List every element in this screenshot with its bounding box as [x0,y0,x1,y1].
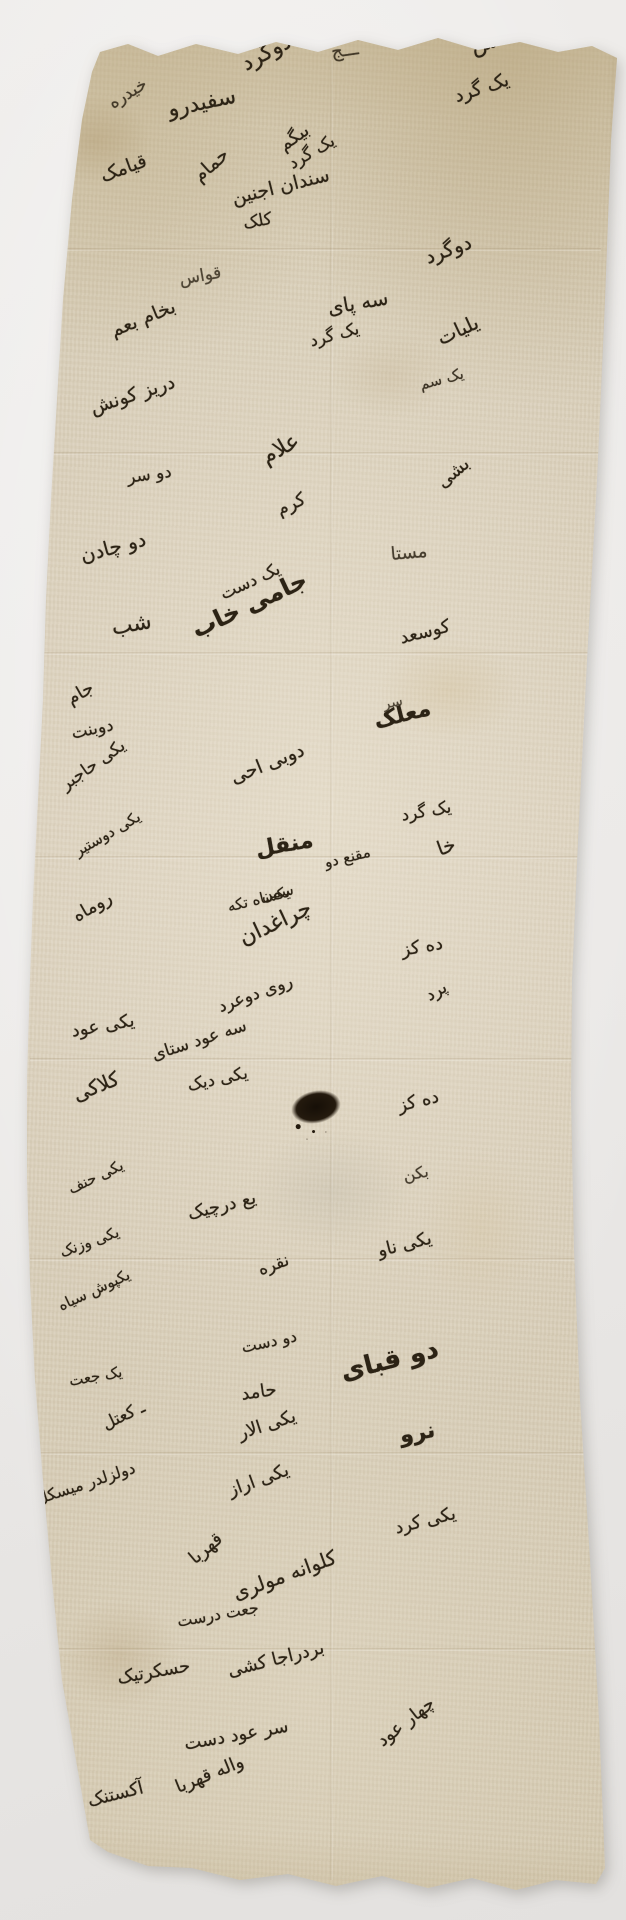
ink-mark: دوگرد [422,232,474,267]
ink-mark: دو دست [240,1328,298,1355]
ink-mark: بخام بعم [108,297,178,340]
ink-mark: دوبنت [70,717,115,742]
ink-mark: یک سم [418,366,465,392]
ink-mark: یکی اراز [226,1461,291,1499]
ink-mark: یکی دیک [186,1065,249,1094]
ink-mark: دو قبای [338,1336,441,1385]
ink-mark: یکپوش سیاه [56,1267,132,1313]
ink-mark: دولزلدر میسکل [34,1460,137,1507]
ink-mark: دوگرد [238,31,295,75]
ink-mark: سه پای [326,287,390,317]
manuscript-paper: ڡوـــجسدوگردیک گردسفیدروخیدرهبیگمیک گردق… [0,0,626,1920]
ink-mark: سفیدرو [166,86,238,122]
ink-mark: یکی کرد [393,1505,458,1538]
ink-mark: جام [64,679,97,708]
ink-mark: ـــج [330,40,360,62]
ink-mark: یکی وزنک [58,1225,121,1260]
ink-mark: کوسعد [398,618,452,648]
ink-mark: خیدره [106,76,150,113]
ink-mark: قیامک [98,152,149,186]
ink-mark: یک گرد [308,321,361,350]
ink-mark: کلک [242,211,273,233]
ink-mark: خا [434,834,458,859]
ink-mark: ده کز [400,935,444,960]
ink-mark: جعت درست [176,1600,260,1630]
ink-mark: یکی الار [236,1408,298,1444]
ink-mark: یکی عود [70,1012,136,1041]
ink-layer: ڡوـــجسدوگردیک گردسفیدروخیدرهبیگمیک گردق… [0,0,626,1920]
ink-mark: ده کز [396,1088,441,1116]
ink-mark: یک گرد [452,71,511,106]
ink-mark: روماه [70,889,115,926]
ink-mark: دریز کونش [88,373,177,418]
ink-mark: منقل [254,830,315,862]
ink-mark: چهار عود [374,1695,438,1751]
ink-mark: معلک [372,698,433,733]
ink-mark: سه عود ستای [150,1018,249,1065]
ink-mark: کرم [274,490,308,519]
ink-mark: روی دوعرد [216,973,295,1016]
ink-mark: شب [110,611,153,640]
ink-mark: حمام [190,145,233,186]
ink-mark: حسکرتیک [116,1657,192,1688]
ink-mark: کلوانه مولری [230,1547,339,1603]
ink-mark: یع درچیک [186,1189,258,1223]
ink-mark: یکی حنف [66,1158,126,1197]
ink-mark: سر عود دست [183,1718,290,1754]
ink-mark: یلیات [434,312,482,348]
ink-mark: یک گرد [400,799,453,824]
ink-mark: یکی حاجبر [58,737,129,794]
ink-mark: مستا [390,543,428,564]
ink-mark: یکی دوستیر [72,809,143,859]
manuscript-wrapper: ڡوـــجسدوگردیک گردسفیدروخیدرهبیگمیک گردق… [0,0,626,1920]
ink-mark: دوبی احی [228,741,307,788]
ink-mark: ـ کعتل [100,1399,148,1433]
ink-mark: بشی [434,455,473,492]
ink-mark: سندان اجنین [230,166,331,209]
ink-mark: واله قهربا [173,1753,246,1797]
ink-mark: قواس [178,265,223,289]
ink-mark: حامد [240,1381,278,1404]
ink-mark: دو سر [126,464,173,487]
ink-mark: ڡو [158,18,182,42]
ink-mark: آکستنک [86,1779,145,1810]
ink-mark: یکی ناو [376,1230,434,1261]
ink-mark: کلاکی [70,1068,122,1104]
ink-mark: علام [258,430,304,469]
ink-mark: قهربا [186,1530,226,1568]
ink-mark: بردراجا کشی [226,1639,326,1680]
ink-mark: نرو [398,1420,437,1448]
ink-mark: س [468,30,500,59]
ink-mark: نقره [256,1252,292,1279]
ink-mark: بکن [402,1164,430,1184]
ink-mark: یک جعت [68,1365,123,1389]
ink-mark: دو چادن [78,529,148,566]
ink-mark: مقنع دو [323,845,372,871]
ink-mark: پرد [423,979,450,1005]
